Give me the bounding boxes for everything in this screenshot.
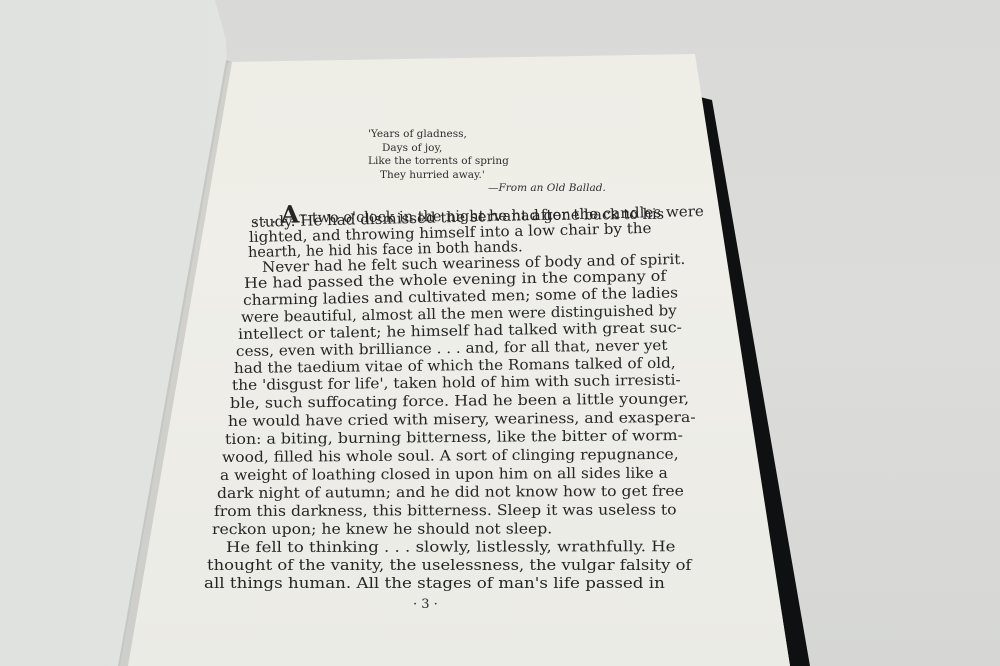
body-line: ble, such suffocating force. Had he been…: [230, 391, 689, 412]
body-line: from this darkness, this bitterness. Sle…: [214, 502, 677, 520]
epigraph-line: They hurried away.': [368, 169, 606, 183]
body-line: thought of the vanity, the uselessness, …: [207, 558, 692, 574]
body-line: all things human. All the stages of man'…: [204, 576, 665, 592]
epigraph-line: Like the torrents of spring: [368, 155, 606, 169]
epigraph-line: Days of joy,: [368, 142, 606, 156]
body-line: he would have cried with misery, wearine…: [228, 410, 696, 430]
epigraph: 'Years of gladness, Days of joy, Like th…: [368, 128, 606, 196]
body-line: reckon upon; he knew he should not sleep…: [212, 521, 552, 538]
body-line: tion: a biting, burning bitterness, like…: [225, 428, 683, 448]
epigraph-line: 'Years of gladness,: [368, 128, 606, 142]
body-line: dark night of autumn; and he did not kno…: [217, 484, 684, 502]
page-number: · 3 ·: [413, 597, 438, 612]
epigraph-attribution: —From an Old Ballad.: [368, 182, 606, 196]
page-text: 'Years of gladness, Days of joy, Like th…: [0, 0, 1000, 666]
body-line: wood, filled his whole soul. A sort of c…: [222, 447, 679, 466]
body-line: He fell to thinking . . . slowly, listle…: [226, 539, 675, 556]
body-line: a weight of loathing closed in upon him …: [220, 466, 668, 484]
